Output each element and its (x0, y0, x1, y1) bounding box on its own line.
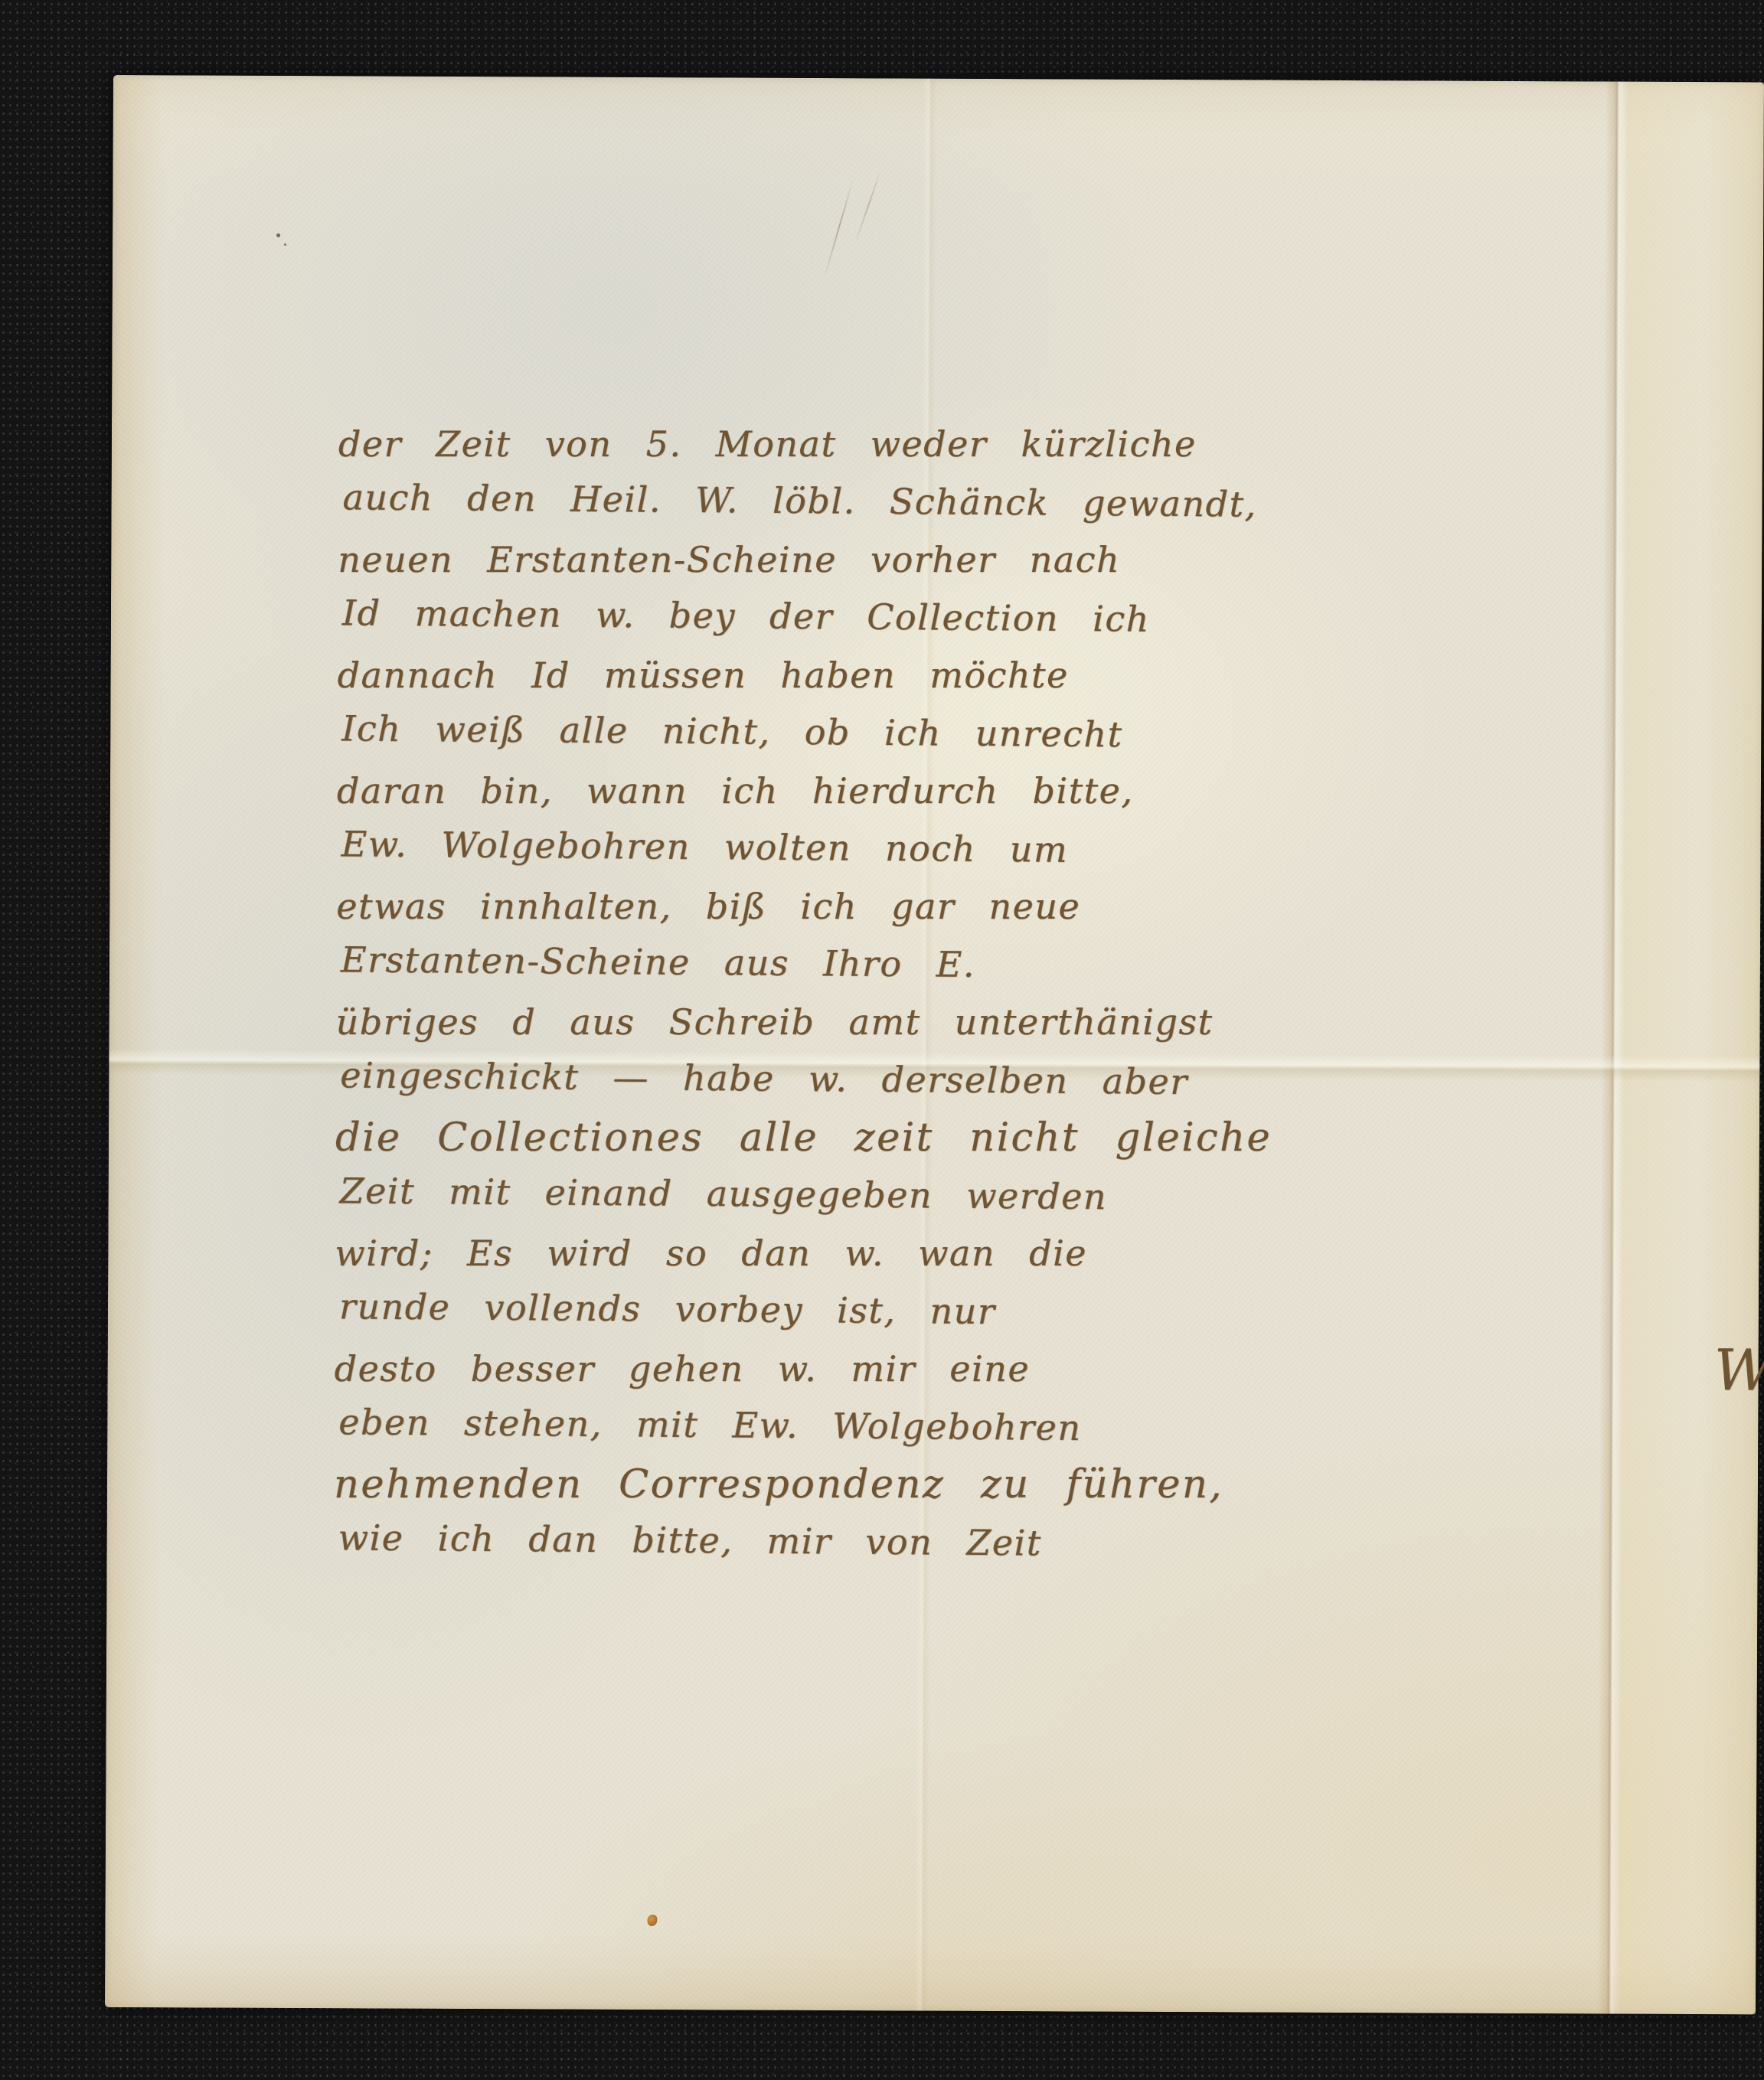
scratch-mark (825, 179, 854, 273)
handwriting-line: daran bin, wann ich hierdurch bitte, (337, 762, 1623, 821)
ink-specks (276, 233, 280, 237)
handwriting-line: neuen Erstanten-Scheine vorher nach (338, 531, 1624, 589)
handwriting-line: Zeit mit einand ausgegeben werden (339, 1162, 1626, 1230)
manuscript-page: der Zeit von 5. Monat weder kürzlicheauc… (105, 75, 1764, 2014)
handwriting-line: runde vollends vorbey ist, nur (339, 1278, 1626, 1346)
handwriting-lines: der Zeit von 5. Monat weder kürzlicheauc… (333, 413, 1625, 1574)
handwriting-line: desto besser gehen w. mir eine (335, 1340, 1621, 1399)
handwriting-line: übriges d aus Schreib amt unterthänigst (336, 994, 1622, 1052)
scratch-mark (855, 171, 881, 240)
aged-right-margin (1617, 82, 1764, 2015)
edge-word-fragment: W (1713, 1337, 1764, 1403)
handwriting-line: eben stehen, mit Ew. Wolgebohren (338, 1393, 1625, 1461)
handwriting-line: wie ich dan bitte, mir von Zeit (338, 1509, 1625, 1577)
handwriting-line: der Zeit von 5. Monat weder kürzliche (338, 416, 1625, 474)
handwriting-line: dannach Id müssen haben möchte (338, 647, 1624, 705)
photograph-of-manuscript: { "scene": { "background_color": "#14141… (0, 0, 1764, 2080)
handwriting-line: Ich weiß alle nicht, ob ich unrecht (341, 700, 1628, 768)
wax-speck (647, 1915, 657, 1926)
handwriting-line: Id machen w. bey der Collection ich (342, 584, 1629, 652)
handwriting-line: Ew. Wolgebohren wolten noch um (341, 815, 1628, 883)
handwriting-line: etwas innhalten, biß ich gar neue (336, 878, 1622, 936)
handwriting-line: Erstanten-Scheine aus Ihro E. (341, 931, 1628, 999)
handwriting-line: eingeschickt — habe w. derselben aber (340, 1047, 1627, 1115)
handwriting-line: auch den Heil. W. löbl. Schänck gewandt, (342, 469, 1629, 537)
handwriting-line: die Collectiones alle zeit nicht gleiche (335, 1109, 1622, 1167)
handwriting-line: nehmenden Correspondenz zu führen, (334, 1456, 1620, 1514)
handwriting-line: wird; Es wird so dan w. wan die (335, 1225, 1621, 1283)
